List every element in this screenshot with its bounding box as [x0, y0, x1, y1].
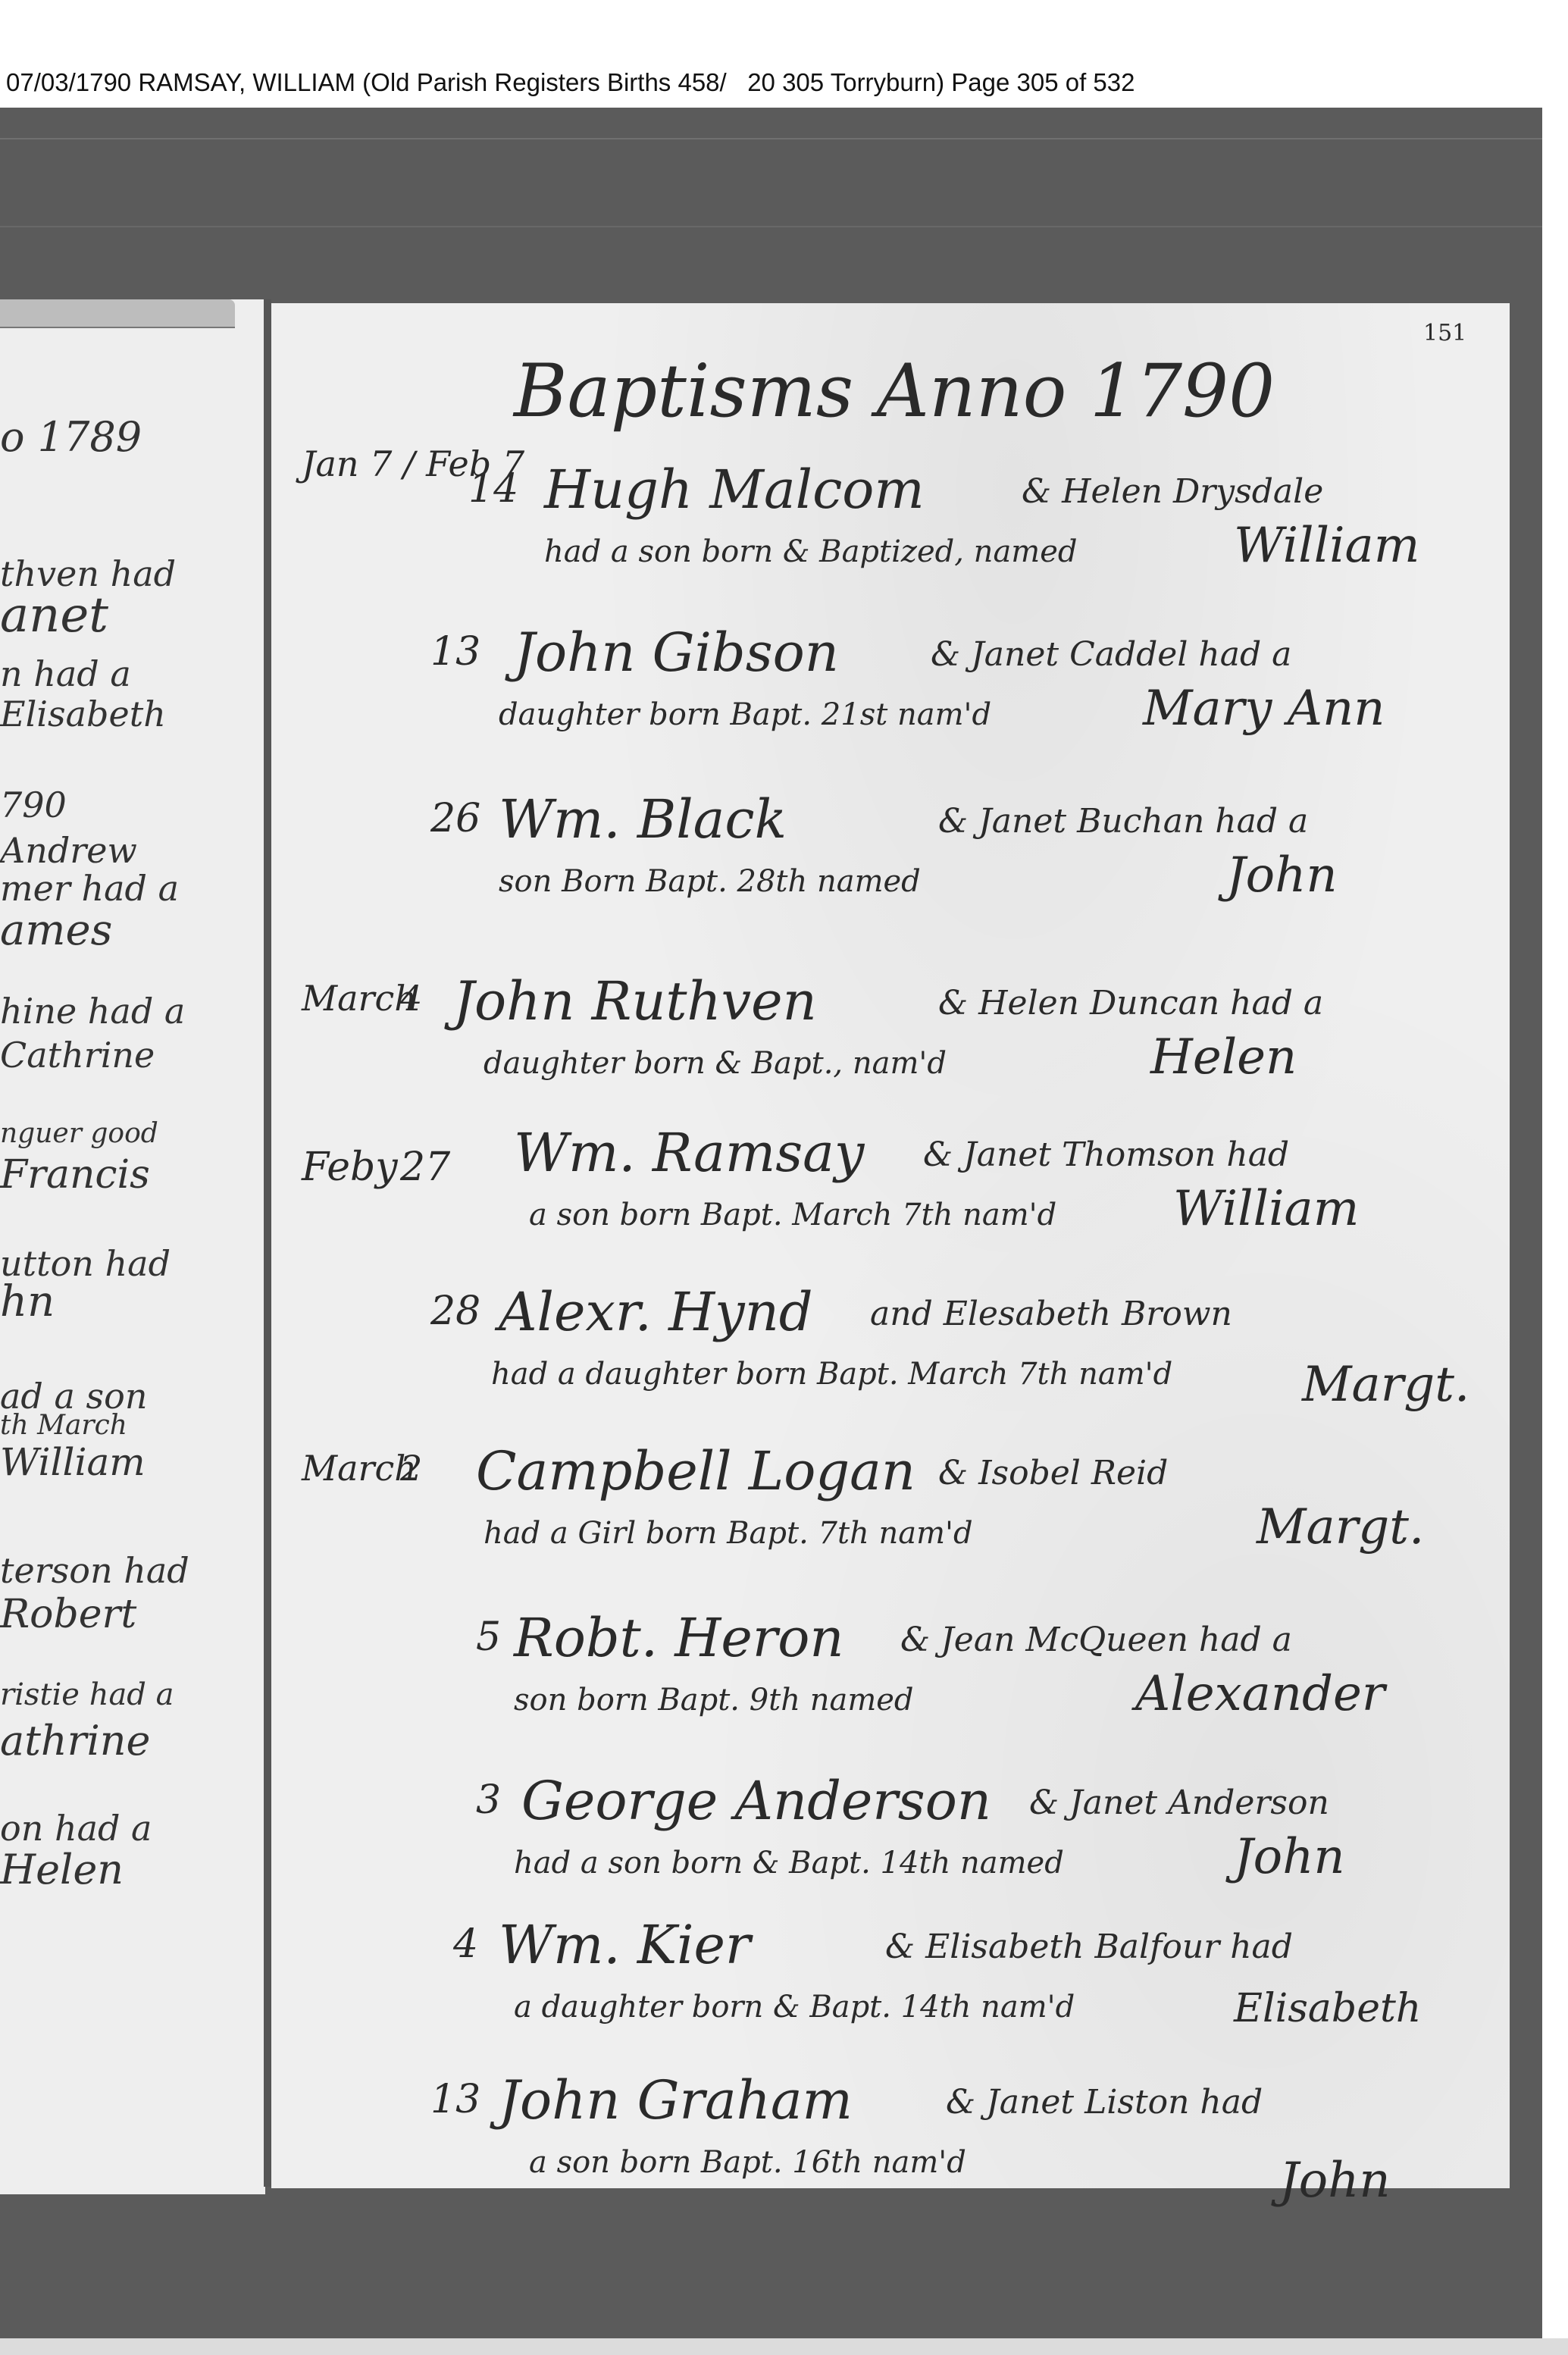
footer-band [0, 2338, 1568, 2355]
entry-details: daughter born Bapt. 21st nam'd [499, 697, 991, 732]
entry-child-name: John [1279, 2153, 1391, 2209]
left-fragment: Helen [0, 1846, 124, 1893]
left-fragment: Robert [0, 1592, 136, 1637]
left-fragment: hn [0, 1277, 55, 1326]
entry-father: John Gibson [514, 622, 839, 684]
left-fragment: n had a [0, 653, 131, 694]
left-fragment: terson had [0, 1550, 189, 1591]
entry-father: Wm. Ramsay [514, 1122, 864, 1184]
left-fragment: on had a [0, 1808, 152, 1849]
entry-day: 27 [400, 1145, 450, 1190]
entry-mother: & Elisabeth Balfour had [885, 1928, 1293, 1966]
entry-day: 5 [476, 1614, 501, 1660]
entry-child-name: John [1226, 847, 1338, 903]
entry-mother: & Helen Drysdale [1022, 472, 1323, 511]
entry-father: George Anderson [521, 1770, 991, 1832]
entry-mother: & Helen Duncan had a [938, 984, 1323, 1022]
entry-day: 3 [476, 1777, 501, 1823]
left-fragment: ristie had a [0, 1677, 174, 1712]
left-fragment: Andrew [0, 830, 137, 871]
entry-mother: & Jean McQueen had a [900, 1621, 1292, 1659]
entry-child-name: Margt. [1302, 1357, 1469, 1413]
baptism-entry: 13 John Graham & Janet Liston had a son … [271, 2069, 1510, 2244]
entry-father: Hugh Malcom [544, 459, 925, 521]
entry-day: 4 [400, 978, 422, 1019]
baptism-entry: Jan 7 / Feb 7 14 Hugh Malcom & Helen Dry… [271, 459, 1510, 633]
entry-child-name: Elisabeth [1234, 1986, 1421, 2031]
entry-father: John Graham [499, 2069, 853, 2131]
baptism-entry: 26 Wm. Black & Janet Buchan had a son Bo… [271, 788, 1510, 963]
entry-details: son born Bapt. 9th named [514, 1683, 914, 1718]
entry-child-name: Margt. [1257, 1499, 1424, 1555]
baptism-entry: 13 John Gibson & Janet Caddel had a daug… [271, 622, 1510, 796]
entry-child-name: William [1234, 518, 1419, 574]
entry-day: 4 [453, 1921, 478, 1967]
entry-details: had a Girl born Bapt. 7th nam'd [484, 1516, 973, 1551]
baptism-entry: 28 Alexr. Hynd and Elesabeth Brown had a… [271, 1281, 1510, 1455]
right-page: 151 Baptisms Anno 1790 Jan 7 / Feb 7 14 … [271, 303, 1510, 2188]
entry-mother: & Janet Caddel had a [931, 635, 1291, 674]
register-scan-image: o 1789 thven had anet n had a Elisabeth … [0, 108, 1542, 2338]
left-fragment: ames [0, 906, 112, 955]
baptism-entry: Feby 27 Wm. Ramsay & Janet Thomson had a… [271, 1122, 1510, 1296]
left-fragment: Cathrine [0, 1035, 155, 1076]
entry-mother: & Janet Thomson had [923, 1135, 1289, 1174]
page-title: Baptisms Anno 1790 [514, 349, 1275, 434]
margin-strip [1542, 108, 1568, 2338]
left-fragment: mer had a [0, 868, 179, 909]
entry-details: daughter born & Bapt., nam'd [484, 1046, 947, 1081]
entry-mother: & Janet Liston had [946, 2083, 1263, 2122]
entry-father: Robt. Heron [514, 1607, 843, 1669]
left-fragment: nguer good [0, 1118, 158, 1149]
entry-day: 13 [430, 2077, 480, 2122]
book-spine [264, 299, 271, 2187]
entry-father: John Ruthven [453, 970, 817, 1032]
entry-mother: & Janet Anderson [1029, 1783, 1329, 1822]
entry-father: Wm. Black [499, 788, 787, 850]
baptism-entry: 4 Wm. Kier & Elisabeth Balfour had a dau… [271, 1914, 1510, 2088]
entry-mother: & Janet Buchan had a [938, 802, 1308, 841]
entry-details: son Born Bapt. 28th named [499, 864, 921, 899]
left-fragment: o 1789 [0, 413, 142, 461]
left-fragment: Francis [0, 1152, 150, 1198]
entry-date: Feby [302, 1145, 398, 1190]
left-fragment: athrine [0, 1717, 151, 1765]
entry-details: had a son born & Bapt. 14th named [514, 1846, 1064, 1881]
left-fragment: hine had a [0, 991, 185, 1032]
entry-details: had a son born & Baptized, named [544, 534, 1078, 569]
left-fragment: 790 [0, 784, 67, 825]
entry-day: 13 [430, 629, 480, 675]
record-title-line: 07/03/1790 RAMSAY, WILLIAM (Old Parish R… [6, 67, 1135, 99]
entry-day: 2 [400, 1448, 422, 1489]
entry-details: a son born Bapt. 16th nam'd [529, 2145, 966, 2180]
entry-child-name: William [1173, 1181, 1359, 1237]
left-fragment: th March [0, 1410, 127, 1441]
entry-mother: & Isobel Reid [938, 1454, 1168, 1492]
entry-father: Alexr. Hynd [499, 1281, 813, 1343]
entry-child-name: Alexander [1135, 1666, 1385, 1722]
entry-day: 26 [430, 796, 480, 841]
left-fragment: William [0, 1440, 146, 1484]
page-number: 151 [1423, 320, 1466, 346]
left-fragment: Elisabeth [0, 694, 166, 734]
entry-day: 28 [430, 1289, 480, 1334]
entry-mother: and Elesabeth Brown [870, 1295, 1232, 1333]
entry-details: a daughter born & Bapt. 14th nam'd [514, 1990, 1075, 2025]
entry-father: Wm. Kier [499, 1914, 750, 1976]
entry-details: a son born Bapt. March 7th nam'd [529, 1198, 1056, 1232]
left-page-cover-edge [0, 299, 235, 328]
left-page-fragment: o 1789 thven had anet n had a Elisabeth … [0, 299, 265, 2194]
baptism-entry: 5 Robt. Heron & Jean McQueen had a son b… [271, 1607, 1510, 1781]
entry-child-name: John [1234, 1829, 1345, 1885]
entry-child-name: Helen [1150, 1029, 1297, 1085]
entry-day: 14 [468, 466, 518, 512]
entry-child-name: Mary Ann [1143, 681, 1385, 737]
entry-details: had a daughter born Bapt. March 7th nam'… [491, 1357, 1172, 1392]
baptism-entry: March 2 Campbell Logan & Isobel Reid had… [271, 1440, 1510, 1614]
left-fragment: anet [0, 587, 108, 644]
baptism-entry: March 4 John Ruthven & Helen Duncan had … [271, 970, 1510, 1145]
entry-father: Campbell Logan [476, 1440, 915, 1502]
